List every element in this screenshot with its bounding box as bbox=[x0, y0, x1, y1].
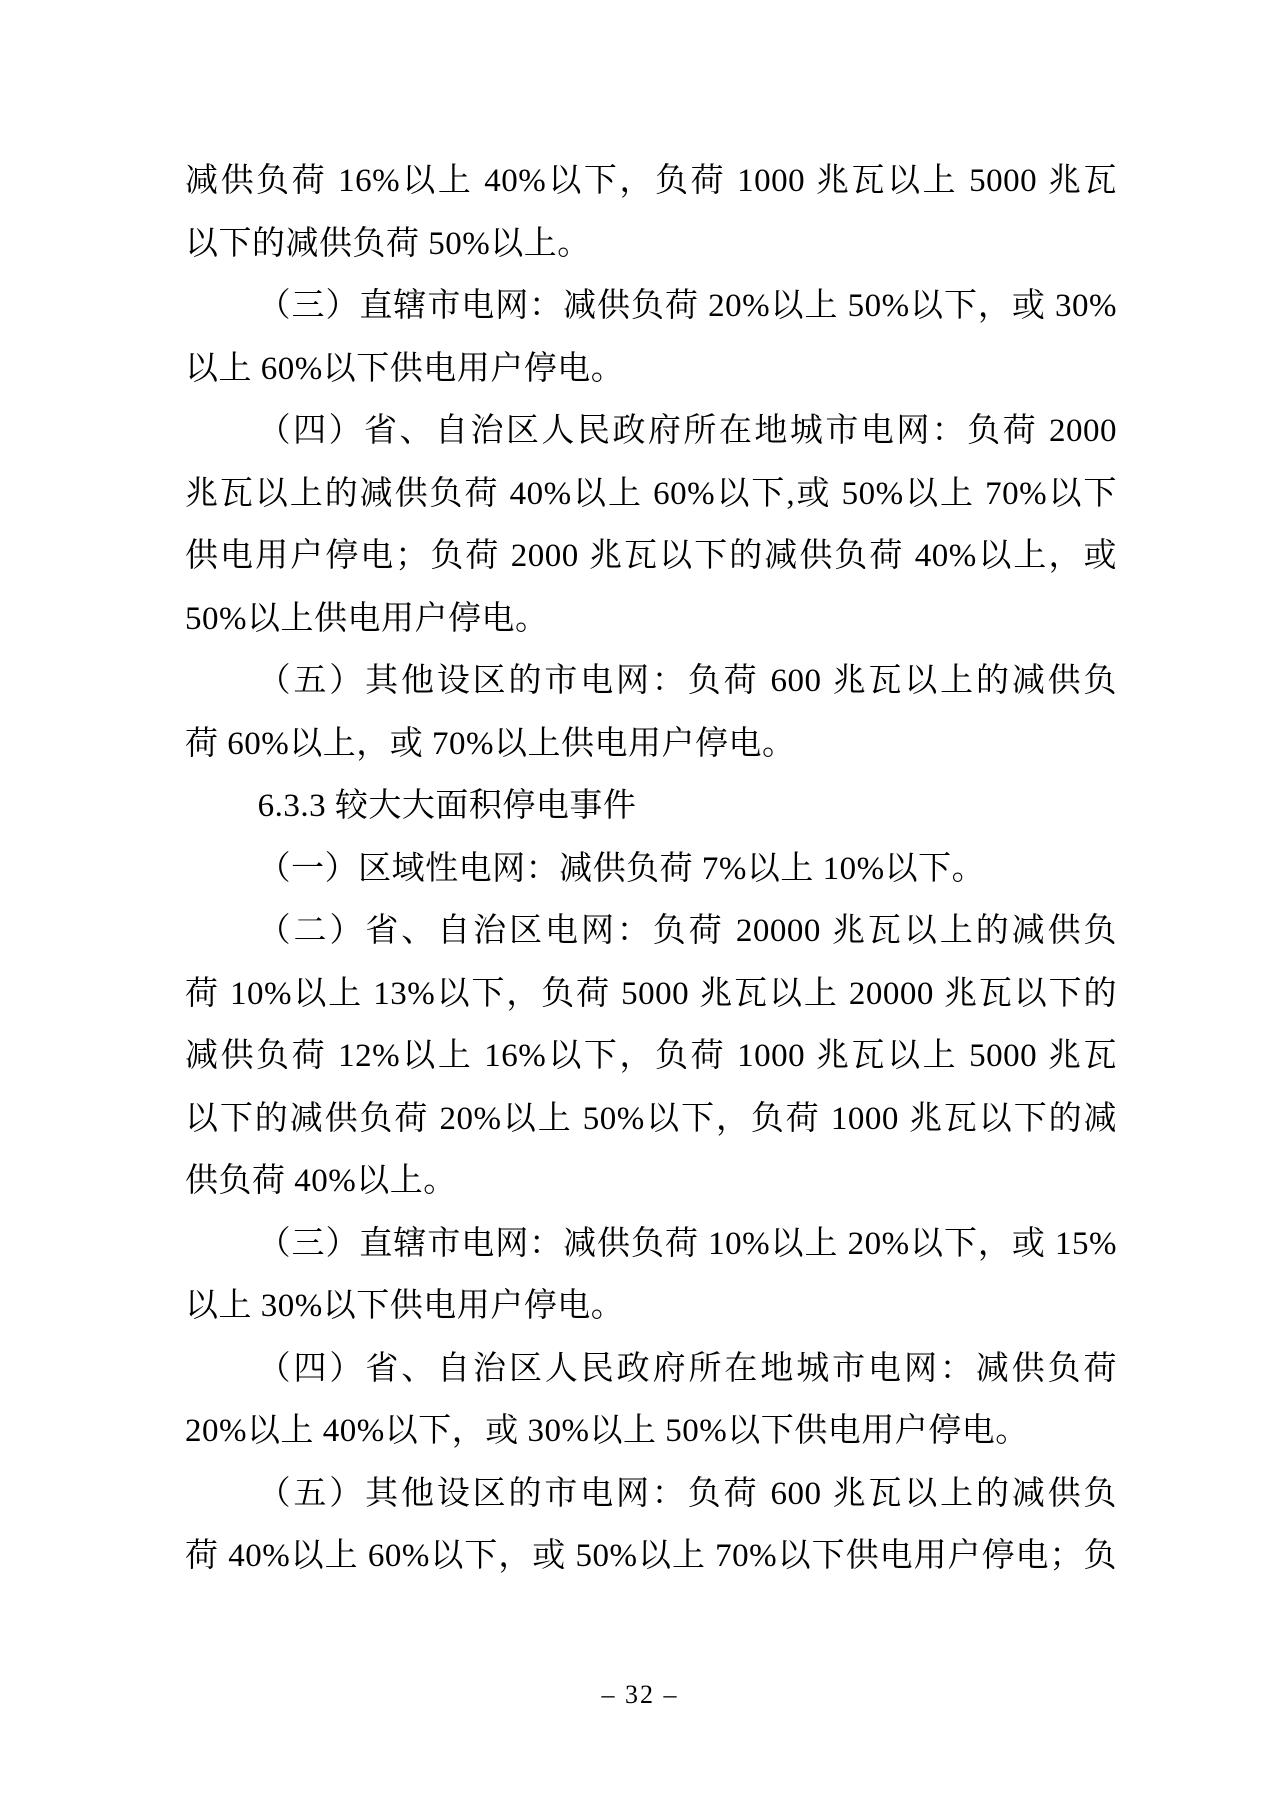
text-line: 以下的减供负荷 50%以上。 bbox=[185, 213, 1117, 276]
page-number: – 32 – bbox=[0, 1680, 1280, 1710]
text-line: （一）区域性电网：减供负荷 7%以上 10%以下。 bbox=[185, 838, 1117, 901]
text-line: （三）直辖市电网：减供负荷 20%以上 50%以下，或 30% bbox=[185, 275, 1117, 338]
text-line: 20%以上 40%以下，或 30%以上 50%以下供电用户停电。 bbox=[185, 1400, 1117, 1463]
text-line: 50%以上供电用户停电。 bbox=[185, 588, 1117, 651]
text-line: 荷 60%以上，或 70%以上供电用户停电。 bbox=[185, 713, 1117, 776]
text-line: （二）省、自治区电网：负荷 20000 兆瓦以上的减供负 bbox=[185, 900, 1117, 963]
text-line: 以上 60%以下供电用户停电。 bbox=[185, 338, 1117, 401]
text-line: （四）省、自治区人民政府所在地城市电网：减供负荷 bbox=[185, 1338, 1117, 1401]
document-body: 减供负荷 16%以上 40%以下，负荷 1000 兆瓦以上 5000 兆瓦以下的… bbox=[185, 150, 1117, 1588]
text-line: 荷 10%以上 13%以下，负荷 5000 兆瓦以上 20000 兆瓦以下的 bbox=[185, 963, 1117, 1026]
text-line: （三）直辖市电网：减供负荷 10%以上 20%以下，或 15% bbox=[185, 1213, 1117, 1276]
text-line: 供电用户停电；负荷 2000 兆瓦以下的减供负荷 40%以上，或 bbox=[185, 525, 1117, 588]
text-line: （五）其他设区的市电网：负荷 600 兆瓦以上的减供负 bbox=[185, 650, 1117, 713]
text-line: 以上 30%以下供电用户停电。 bbox=[185, 1275, 1117, 1338]
text-line: （五）其他设区的市电网：负荷 600 兆瓦以上的减供负 bbox=[185, 1463, 1117, 1526]
text-line: 供负荷 40%以上。 bbox=[185, 1150, 1117, 1213]
text-line: 兆瓦以上的减供负荷 40%以上 60%以下,或 50%以上 70%以下 bbox=[185, 463, 1117, 526]
section-heading-line: 6.3.3 较大大面积停电事件 bbox=[185, 775, 1117, 838]
document-page: 减供负荷 16%以上 40%以下，负荷 1000 兆瓦以上 5000 兆瓦以下的… bbox=[0, 0, 1280, 1809]
text-line: 减供负荷 12%以上 16%以下，负荷 1000 兆瓦以上 5000 兆瓦 bbox=[185, 1025, 1117, 1088]
text-line: 荷 40%以上 60%以下，或 50%以上 70%以下供电用户停电；负 bbox=[185, 1525, 1117, 1588]
text-line: 以下的减供负荷 20%以上 50%以下，负荷 1000 兆瓦以下的减 bbox=[185, 1088, 1117, 1151]
text-line: （四）省、自治区人民政府所在地城市电网：负荷 2000 bbox=[185, 400, 1117, 463]
text-line: 减供负荷 16%以上 40%以下，负荷 1000 兆瓦以上 5000 兆瓦 bbox=[185, 150, 1117, 213]
